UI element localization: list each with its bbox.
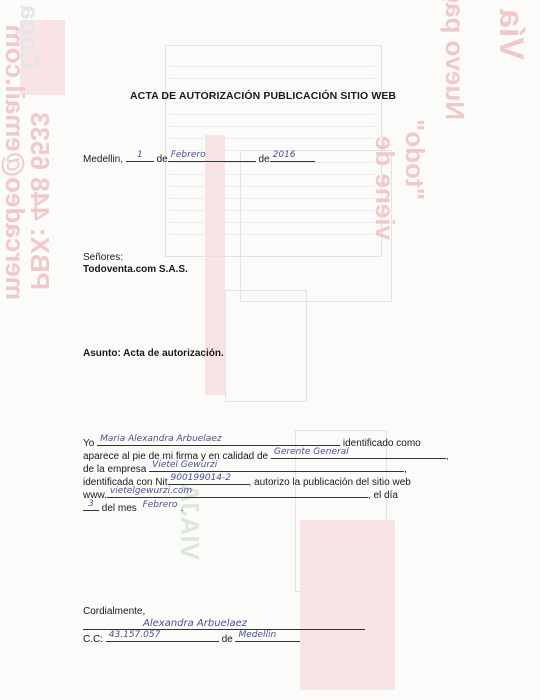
comma: , [446, 451, 449, 462]
date-day-field: 1 [126, 150, 154, 162]
cc-de-label: de [222, 634, 233, 645]
cc-city-field: Medellin [235, 630, 300, 642]
date-year-field: 2016 [270, 150, 315, 162]
date-city: Medellin, [83, 154, 123, 165]
recipient-company: Todoventa.com S.A.S. [83, 264, 188, 275]
document-title: ACTA DE AUTORIZACIÓN PUBLICACIÓN SITIO W… [130, 90, 396, 102]
cc-label: C.C: [83, 634, 103, 645]
role-field: Gerente General [271, 447, 446, 459]
name-field: Maria Alexandra Arbuelaez [97, 434, 340, 446]
date-connector-1: de [157, 154, 168, 165]
month-label: del mes [102, 503, 137, 514]
month-field: Febrero [140, 500, 187, 511]
day-field: 3 [83, 499, 99, 511]
period: . [181, 503, 184, 514]
cc-line: C.C: 43.157.057 de Medellin [83, 630, 300, 645]
date-line: Medellin, 1 deFebrero de2016 [83, 150, 315, 165]
closing-farewell: Cordialmente, [83, 606, 145, 617]
date-month-field: Febrero [168, 150, 256, 162]
date-connector-2: de [259, 154, 270, 165]
website-field: vietelgewurzi.com [107, 486, 368, 498]
body-line-6: 3 del mes Febrero. [83, 499, 183, 514]
day-label: , el día [368, 490, 398, 501]
cc-number-field: 43.157.057 [106, 630, 219, 642]
authorization-letter: ACTA DE AUTORIZACIÓN PUBLICACIÓN SITIO W… [0, 0, 540, 700]
company-field: Vietel Gewurzi [149, 460, 404, 472]
signature: Alexandra Arbuelaez [83, 618, 365, 630]
recipient-salutation: Señores: [83, 252, 123, 263]
subject-line: Asunto: Acta de autorización. [83, 348, 224, 359]
nit-field: 900199014-2 [168, 473, 249, 485]
